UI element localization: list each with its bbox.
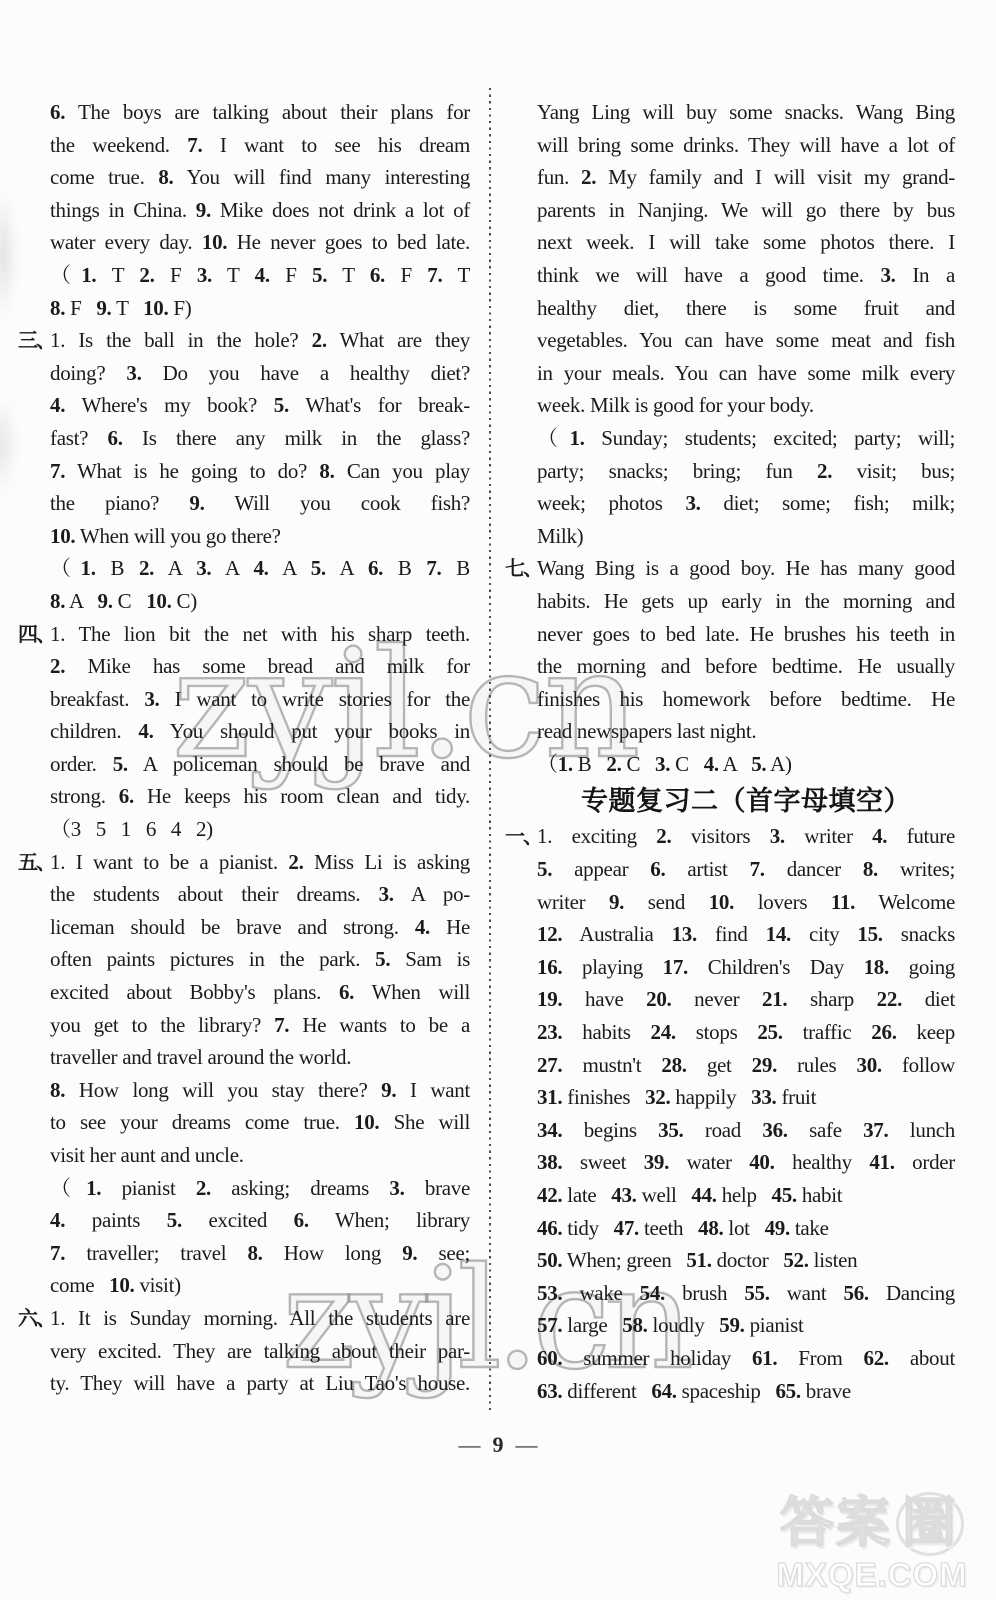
text-line: traveller and travel around the world. — [50, 1041, 470, 1074]
text-line: order. 5. A policeman should be brave an… — [50, 748, 470, 781]
text-line: 6. The boys are talking about their plan… — [50, 96, 470, 129]
text-line: 53. wake 54. brush 55. want 56. Dancing — [537, 1277, 955, 1310]
text-line: doing? 3. Do you have a healthy diet? — [50, 357, 470, 390]
text-line: 7. traveller; travel 8. How long 9. see; — [50, 1237, 470, 1270]
scan-smudge — [0, 190, 16, 320]
text-line: read newspapers last night. — [537, 715, 955, 748]
text-line: liceman should be brave and strong. 4. H… — [50, 911, 470, 944]
text-line: 四、1. The lion bit the net with his sharp… — [50, 618, 470, 651]
section-marker: 六、 — [18, 1303, 50, 1336]
text-line: Yang Ling will buy some snacks. Wang Bin… — [537, 96, 955, 129]
text-line: party; snacks; bring; fun 2. visit; bus; — [537, 455, 955, 488]
page-number-value: 9 — [493, 1432, 504, 1457]
page-number: —9— — [0, 1432, 996, 1458]
text-line: strong. 6. He keeps his room clean and t… — [50, 780, 470, 813]
text-line: （1. Sunday; students; excited; party; wi… — [537, 422, 955, 455]
text-line: 8. How long will you stay there? 9. I wa… — [50, 1074, 470, 1107]
text-line: （3 5 1 6 4 2) — [50, 813, 470, 846]
text-line: Milk) — [537, 520, 955, 553]
text-line: 5. appear 6. artist 7. dancer 8. writes; — [537, 853, 955, 886]
scan-smudge — [0, 395, 16, 495]
text-line: 27. mustn't 28. get 29. rules 30. follow — [537, 1049, 955, 1082]
column-divider — [489, 88, 491, 1410]
text-line: very excited. They are talking about the… — [50, 1335, 470, 1368]
text-line: writer 9. send 10. lovers 11. Welcome — [537, 886, 955, 919]
section-marker: 七、 — [505, 553, 537, 586]
text-line: healthy diet, there is some fruit and — [537, 292, 955, 325]
text-line: next week. I will take some photos there… — [537, 226, 955, 259]
text-line: come 10. visit) — [50, 1269, 470, 1302]
text-line: habits. He gets up early in the morning … — [537, 585, 955, 618]
text-line: fun. 2. My family and I will visit my gr… — [537, 161, 955, 194]
left-column: 6. The boys are talking about their plan… — [18, 96, 470, 1400]
section-heading: 专题复习二（首字母填空） — [537, 780, 955, 820]
text-line: visit her aunt and uncle. — [50, 1139, 470, 1172]
text-line: 46. tidy 47. teeth 48. lot 49. take — [537, 1212, 955, 1245]
text-line: ty. They will have a party at Liu Tao's … — [50, 1367, 470, 1400]
text-line: 六、1. It is Sunday morning. All the stude… — [50, 1302, 470, 1335]
text-line: 16. playing 17. Children's Day 18. going — [537, 951, 955, 984]
text-line: often paints pictures in the park. 5. Sa… — [50, 943, 470, 976]
text-line: the students about their dreams. 3. A po… — [50, 878, 470, 911]
text-line: 12. Australia 13. find 14. city 15. snac… — [537, 918, 955, 951]
text-line: （1. T 2. F 3. T 4. F 5. T 6. F 7. T — [50, 259, 470, 292]
text-line: 23. habits 24. stops 25. traffic 26. kee… — [537, 1016, 955, 1049]
text-line: 一、1. exciting 2. visitors 3. writer 4. f… — [537, 820, 955, 853]
page-number-dash: — — [516, 1432, 538, 1457]
text-line: things in China. 9. Mike does not drink … — [50, 194, 470, 227]
corner-logo-ring: 圈 — [896, 1492, 964, 1556]
text-line: 42. late 43. well 44. help 45. habit — [537, 1179, 955, 1212]
text-line: 2. Mike has some bread and milk for — [50, 650, 470, 683]
text-line: 8. F 9. T 10. F) — [50, 292, 470, 325]
text-line: the weekend. 7. I want to see his dream — [50, 129, 470, 162]
text-line: week. Milk is good for your body. — [537, 389, 955, 422]
text-line: fast? 6. Is there any milk in the glass? — [50, 422, 470, 455]
text-line: 七、Wang Bing is a good boy. He has many g… — [537, 552, 955, 585]
text-line: 63. different 64. spaceship 65. brave — [537, 1375, 955, 1408]
text-line: 31. finishes 32. happily 33. fruit — [537, 1081, 955, 1114]
section-marker: 三、 — [18, 325, 50, 358]
corner-logo-site: MXQE.COM — [752, 1556, 992, 1594]
text-line: children. 4. You should put your books i… — [50, 715, 470, 748]
text-line: water every day. 10. He never goes to be… — [50, 226, 470, 259]
text-line: 三、1. Is the ball in the hole? 2. What ar… — [50, 324, 470, 357]
right-column: Yang Ling will buy some snacks. Wang Bin… — [505, 96, 955, 1407]
text-line: （1. B 2. C 3. C 4. A 5. A) — [537, 748, 955, 781]
text-line: come true. 8. You will find many interes… — [50, 161, 470, 194]
text-line: the piano? 9. Will you cook fish? — [50, 487, 470, 520]
text-line: 7. What is he going to do? 8. Can you pl… — [50, 455, 470, 488]
text-line: 4. paints 5. excited 6. When; library — [50, 1204, 470, 1237]
text-line: vegetables. You can have some meat and f… — [537, 324, 955, 357]
section-marker: 一、 — [505, 821, 537, 854]
scanned-answer-page: { "page": { "number": "9" }, "watermarks… — [0, 0, 996, 1600]
text-line: breakfast. 3. I want to write stories fo… — [50, 683, 470, 716]
text-line: will bring some drinks. They will have a… — [537, 129, 955, 162]
text-line: to see your dreams come true. 10. She wi… — [50, 1106, 470, 1139]
text-line: in your meals. You can have some milk ev… — [537, 357, 955, 390]
text-line: 10. When will you go there? — [50, 520, 470, 553]
text-line: week; photos 3. diet; some; fish; milk; — [537, 487, 955, 520]
text-line: 34. begins 35. road 36. safe 37. lunch — [537, 1114, 955, 1147]
text-line: 19. have 20. never 21. sharp 22. diet — [537, 983, 955, 1016]
corner-logo-watermark: 答案圈 MXQE.COM — [752, 1492, 992, 1594]
page-number-dash: — — [459, 1432, 481, 1457]
corner-logo-text: 答案圈 — [752, 1492, 992, 1556]
section-marker: 四、 — [18, 619, 50, 652]
text-line: never goes to bed late. He brushes his t… — [537, 618, 955, 651]
text-line: finishes his homework before bedtime. He — [537, 683, 955, 716]
text-line: 60. summer holiday 61. From 62. about — [537, 1342, 955, 1375]
text-line: excited about Bobby's plans. 6. When wil… — [50, 976, 470, 1009]
text-line: the morning and before bedtime. He usual… — [537, 650, 955, 683]
text-line: 57. large 58. loudly 59. pianist — [537, 1309, 955, 1342]
text-line: 50. When; green 51. doctor 52. listen — [537, 1244, 955, 1277]
text-line: （1. pianist 2. asking; dreams 3. brave — [50, 1172, 470, 1205]
text-line: 38. sweet 39. water 40. healthy 41. orde… — [537, 1146, 955, 1179]
text-line: you get to the library? 7. He wants to b… — [50, 1009, 470, 1042]
text-line: 五、1. I want to be a pianist. 2. Miss Li … — [50, 846, 470, 879]
text-line: （1. B 2. A 3. A 4. A 5. A 6. B 7. B — [50, 552, 470, 585]
text-line: 4. Where's my book? 5. What's for break- — [50, 389, 470, 422]
text-line: 8. A 9. C 10. C) — [50, 585, 470, 618]
section-marker: 五、 — [18, 847, 50, 880]
text-line: parents in Nanjing. We will go there by … — [537, 194, 955, 227]
text-line: think we will have a good time. 3. In a — [537, 259, 955, 292]
